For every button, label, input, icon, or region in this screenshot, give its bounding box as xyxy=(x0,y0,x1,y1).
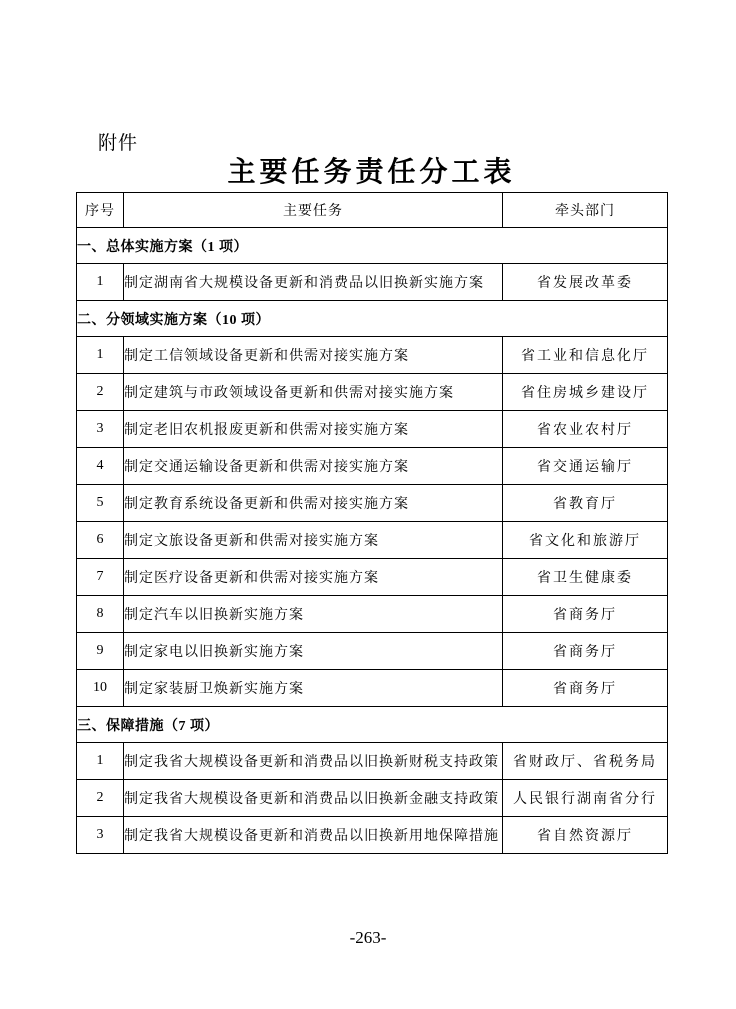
column-header-serial-no: 序号 xyxy=(77,193,124,228)
task-row: 2制定建筑与市政领域设备更新和供需对接实施方案省住房城乡建设厅 xyxy=(77,374,668,411)
department-cell: 人民银行湖南省分行 xyxy=(503,780,668,817)
department-cell: 省商务厅 xyxy=(503,596,668,633)
task-row: 1制定我省大规模设备更新和消费品以旧换新财税支持政策省财政厅、省税务局 xyxy=(77,743,668,780)
task-row: 3制定我省大规模设备更新和消费品以旧换新用地保障措施省自然资源厅 xyxy=(77,817,668,854)
department-cell: 省发展改革委 xyxy=(503,264,668,301)
department-cell: 省文化和旅游厅 xyxy=(503,522,668,559)
task-row: 1制定湖南省大规模设备更新和消费品以旧换新实施方案省发展改革委 xyxy=(77,264,668,301)
task-cell: 制定建筑与市政领域设备更新和供需对接实施方案 xyxy=(124,374,503,411)
department-cell: 省住房城乡建设厅 xyxy=(503,374,668,411)
responsibility-table: 序号 主要任务 牵头部门 一、总体实施方案（1 项）1制定湖南省大规模设备更新和… xyxy=(76,192,668,854)
department-cell: 省商务厅 xyxy=(503,670,668,707)
task-cell: 制定我省大规模设备更新和消费品以旧换新用地保障措施 xyxy=(124,817,503,854)
department-cell: 省自然资源厅 xyxy=(503,817,668,854)
row-number-cell: 2 xyxy=(77,780,124,817)
row-number-cell: 1 xyxy=(77,743,124,780)
row-number-cell: 4 xyxy=(77,448,124,485)
section-heading-row: 一、总体实施方案（1 项） xyxy=(77,228,668,264)
page-title: 主要任务责任分工表 xyxy=(76,150,667,190)
section-heading-row: 二、分领域实施方案（10 项） xyxy=(77,301,668,337)
task-row: 9制定家电以旧换新实施方案省商务厅 xyxy=(77,633,668,670)
page-number: -263- xyxy=(0,928,736,948)
task-cell: 制定家装厨卫焕新实施方案 xyxy=(124,670,503,707)
task-row: 4制定交通运输设备更新和供需对接实施方案省交通运输厅 xyxy=(77,448,668,485)
task-cell: 制定教育系统设备更新和供需对接实施方案 xyxy=(124,485,503,522)
section-heading: 一、总体实施方案（1 项） xyxy=(77,228,668,264)
department-cell: 省交通运输厅 xyxy=(503,448,668,485)
section-heading: 三、保障措施（7 项） xyxy=(77,707,668,743)
task-cell: 制定家电以旧换新实施方案 xyxy=(124,633,503,670)
task-row: 5制定教育系统设备更新和供需对接实施方案省教育厅 xyxy=(77,485,668,522)
task-row: 8制定汽车以旧换新实施方案省商务厅 xyxy=(77,596,668,633)
column-header-main-task: 主要任务 xyxy=(124,193,503,228)
task-cell: 制定汽车以旧换新实施方案 xyxy=(124,596,503,633)
row-number-cell: 1 xyxy=(77,264,124,301)
column-header-lead-department: 牵头部门 xyxy=(503,193,668,228)
row-number-cell: 5 xyxy=(77,485,124,522)
task-row: 6制定文旅设备更新和供需对接实施方案省文化和旅游厅 xyxy=(77,522,668,559)
department-cell: 省教育厅 xyxy=(503,485,668,522)
row-number-cell: 6 xyxy=(77,522,124,559)
row-number-cell: 1 xyxy=(77,337,124,374)
task-cell: 制定我省大规模设备更新和消费品以旧换新金融支持政策 xyxy=(124,780,503,817)
section-heading: 二、分领域实施方案（10 项） xyxy=(77,301,668,337)
department-cell: 省卫生健康委 xyxy=(503,559,668,596)
task-row: 3制定老旧农机报废更新和供需对接实施方案省农业农村厅 xyxy=(77,411,668,448)
task-cell: 制定湖南省大规模设备更新和消费品以旧换新实施方案 xyxy=(124,264,503,301)
department-cell: 省商务厅 xyxy=(503,633,668,670)
department-cell: 省工业和信息化厅 xyxy=(503,337,668,374)
table-header-row: 序号 主要任务 牵头部门 xyxy=(77,193,668,228)
department-cell: 省农业农村厅 xyxy=(503,411,668,448)
task-row: 10制定家装厨卫焕新实施方案省商务厅 xyxy=(77,670,668,707)
department-cell: 省财政厅、省税务局 xyxy=(503,743,668,780)
row-number-cell: 10 xyxy=(77,670,124,707)
task-cell: 制定医疗设备更新和供需对接实施方案 xyxy=(124,559,503,596)
row-number-cell: 9 xyxy=(77,633,124,670)
row-number-cell: 3 xyxy=(77,411,124,448)
row-number-cell: 8 xyxy=(77,596,124,633)
row-number-cell: 3 xyxy=(77,817,124,854)
task-row: 7制定医疗设备更新和供需对接实施方案省卫生健康委 xyxy=(77,559,668,596)
task-cell: 制定老旧农机报废更新和供需对接实施方案 xyxy=(124,411,503,448)
row-number-cell: 2 xyxy=(77,374,124,411)
task-cell: 制定工信领域设备更新和供需对接实施方案 xyxy=(124,337,503,374)
task-cell: 制定交通运输设备更新和供需对接实施方案 xyxy=(124,448,503,485)
table-body: 一、总体实施方案（1 项）1制定湖南省大规模设备更新和消费品以旧换新实施方案省发… xyxy=(77,228,668,854)
task-row: 2制定我省大规模设备更新和消费品以旧换新金融支持政策人民银行湖南省分行 xyxy=(77,780,668,817)
task-cell: 制定文旅设备更新和供需对接实施方案 xyxy=(124,522,503,559)
row-number-cell: 7 xyxy=(77,559,124,596)
task-cell: 制定我省大规模设备更新和消费品以旧换新财税支持政策 xyxy=(124,743,503,780)
section-heading-row: 三、保障措施（7 项） xyxy=(77,707,668,743)
task-row: 1制定工信领域设备更新和供需对接实施方案省工业和信息化厅 xyxy=(77,337,668,374)
